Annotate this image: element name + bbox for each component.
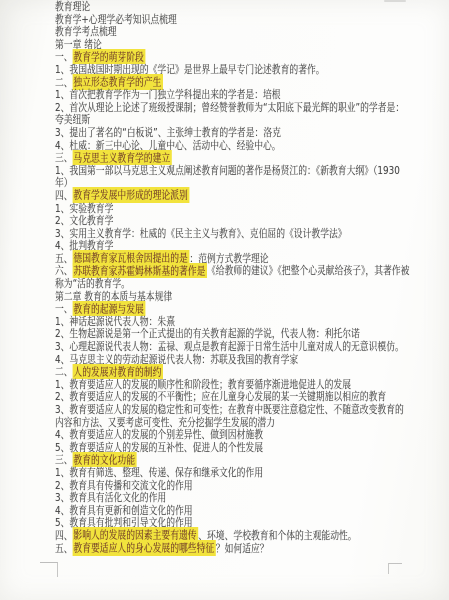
- crop-mark-bottom-left: [40, 562, 58, 577]
- plain-text: 内容和方法、又要考虑可变性、充分挖掘学生发展的潜力: [55, 416, 275, 429]
- plain-text: 五、: [55, 542, 73, 555]
- plain-text: 3、实用主义教育学：杜威的《民主主义与教育》、克伯屈的《设计教学法》: [55, 227, 347, 240]
- crop-mark-bottom-right: [388, 563, 402, 574]
- plain-text: 教育学+心理学必考知识点梳理: [55, 13, 177, 26]
- plain-text: 1、神话起源说代表人物：朱熹: [55, 315, 175, 328]
- plain-text: 3、提出了著名的“白板说”、主张绅士教育的学者是：洛克: [55, 126, 281, 139]
- plain-text: 1、教育有筛选、整理、传递、保存和继承文化的作用: [55, 466, 263, 479]
- plain-text: 4、教育具有更新和创造文化的作用: [55, 504, 193, 517]
- plain-text: 五、: [55, 252, 73, 265]
- plain-text: 1、教育要适应人的发展的顺序性和阶段性；教育要循序渐进地促进人的发展: [55, 378, 351, 391]
- plain-text: 六、: [55, 264, 73, 277]
- screenshot-root: { "page": { "title": "教育理论", "colors": {…: [0, 0, 449, 600]
- plain-text: 三、: [55, 151, 73, 164]
- document-page: 教育理论教育学+心理学必考知识点梳理教育学考点梳理第一章 绪论一、教育学的萌芽阶…: [0, 0, 449, 600]
- text-line: 1、我国第一部以马克思主义观点阐述教育问题的著作是杨贤江的：《新教育大纲》（19…: [55, 165, 365, 178]
- plain-text: 2、文化教育学: [55, 214, 113, 227]
- plain-text: 三、: [55, 453, 73, 466]
- document-text: 教育理论教育学+心理学必考知识点梳理教育学考点梳理第一章 绪论一、教育学的萌芽阶…: [55, 1, 443, 555]
- plain-text: 二、: [55, 365, 73, 378]
- plain-text: 3、教育要适应人的发展的稳定性和可变性；在教育中既要注意稳定性、不随意改变教育的: [55, 403, 404, 416]
- plain-text: 2、教育要适应人的发展的不平衡性；应在儿童身心发展的某一关键期施以相应的教育: [55, 390, 386, 403]
- plain-text: 3、教育具有活化文化的作用: [55, 491, 166, 504]
- plain-text: 称为“活的教育学。: [55, 277, 130, 290]
- plain-text: 2、首次从理论上论述了班级授课制；曾经赞誉教师为“太阳底下最光辉的职业”的学者是…: [55, 101, 404, 114]
- plain-text: 二、: [55, 76, 73, 89]
- plain-text: 4、教育要适应人的发展的个别差异性、做到因材施教: [55, 428, 263, 441]
- plain-text: 2、生物起源说是第一个正式提出的有关教育起源的学说，代表人物：利托尔诺: [55, 327, 360, 340]
- plain-text: 年）: [55, 176, 73, 189]
- plain-text: 一、: [55, 50, 73, 63]
- plain-text: 1、我国第一部以马克思主义观点阐述教育问题的著作是杨贤江的：《新教育大纲》（19…: [55, 164, 400, 177]
- plain-text: 四、: [55, 529, 73, 542]
- heading-line: 五、教育要适应人的身心发展的哪些特征？如何适应？: [55, 543, 365, 556]
- plain-text: 一、: [55, 302, 73, 315]
- highlighted-text: 教育要适应人的身心发展的哪些特征: [73, 540, 216, 556]
- plain-text: 教育理论: [55, 0, 90, 13]
- text-line: 2、首次从理论上论述了班级授课制；曾经赞誉教师为“太阳底下最光辉的职业”的学者是…: [55, 102, 365, 115]
- plain-text: 夸美纽斯: [55, 113, 90, 126]
- plain-text: 、环境、学校教育和个体的主观能动性。: [198, 529, 356, 542]
- plain-text: 四、: [55, 189, 73, 202]
- plain-text: 3、心理起源说代表人物：孟禄、观点是教育起源于日常生活中儿童对成人的无意识模仿。: [55, 340, 404, 353]
- plain-text: 《给教师的建议》《把整个心灵献给孩子》，其著作被: [207, 264, 409, 277]
- plain-text: 教育学考点梳理: [55, 25, 117, 38]
- plain-text: ？如何适应？: [216, 542, 269, 555]
- plain-text: 2、教育具有传播和交流文化的作用: [55, 479, 193, 492]
- plain-text: 1、实验教育学: [55, 202, 113, 215]
- plain-text: 1、首次把教育学作为一门独立学科提出来的学者是：培根: [55, 88, 281, 101]
